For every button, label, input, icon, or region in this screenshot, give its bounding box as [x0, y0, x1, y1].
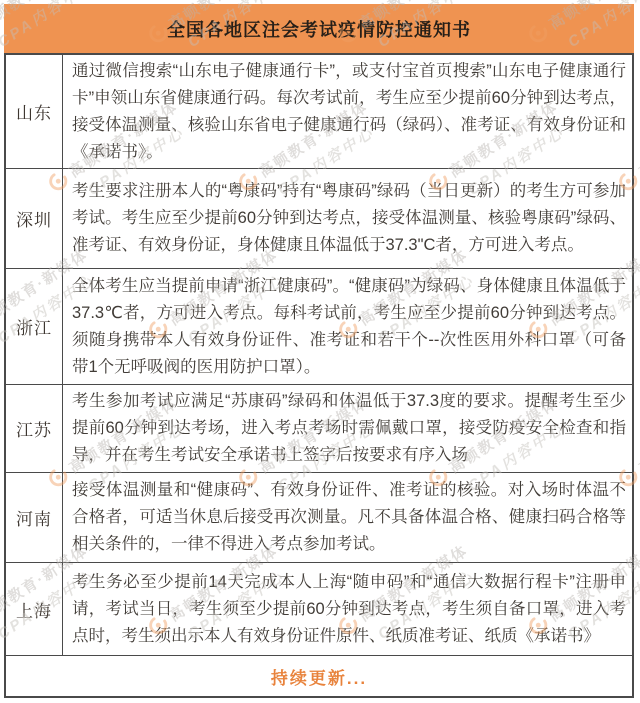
- region-label: 上海: [6, 563, 63, 655]
- regions-table: 山东 通过微信搜索“山东电子健康通行卡”，或支付宝首页搜索”山东电子健康通行卡”…: [4, 53, 634, 698]
- page-title: 全国各地区注会考试疫情防控通知书: [167, 16, 471, 42]
- region-requirements-cell: 接受体温测量和“健康码”、有效身份证件、准考证的核验。对入场时体温不合格者，可适…: [63, 473, 632, 562]
- region-requirements-cell: 全体考生应当提前申请“浙江健康码”。“健康码”为绿码、身体健康且体温低于37.3…: [63, 269, 632, 384]
- region-label: 河南: [6, 473, 63, 562]
- region-requirements-text: 考生务必至少提前14天完成本人上海“随申码”和“通信大数据行程卡”注册申请，考试…: [72, 569, 626, 650]
- table-row: 河南 接受体温测量和“健康码”、有效身份证件、准考证的核验。对入场时体温不合格者…: [6, 473, 632, 563]
- table-row: 上海 考生务必至少提前14天完成本人上海“随申码”和“通信大数据行程卡”注册申请…: [6, 563, 632, 656]
- region-requirements-text: 考生参加考试应满足“苏康码”绿码和体温低于37.3度的要求。提醒考生至少提前60…: [72, 388, 626, 469]
- watermark-brand-text: 高顿教育·新媒体: [635, 96, 640, 182]
- region-requirements-cell: 考生务必至少提前14天完成本人上海“随申码”和“通信大数据行程卡”注册申请，考试…: [63, 563, 632, 655]
- watermark-brand-text: 高顿教育·新媒体: [635, 392, 640, 478]
- region-requirements-text: 考生要求注册本人的“粤康码”持有“粤康码”绿码（当日更新）的考生方可参加考试。考…: [72, 178, 626, 259]
- region-label: 江苏: [6, 385, 63, 472]
- footer-row: 持续更新...: [6, 656, 632, 696]
- region-requirements-cell: 考生参加考试应满足“苏康码”绿码和体温低于37.3度的要求。提醒考生至少提前60…: [63, 385, 632, 472]
- table-row: 山东 通过微信搜索“山东电子健康通行卡”，或支付宝首页搜索”山东电子健康通行卡”…: [6, 55, 632, 169]
- table-row: 江苏 考生参加考试应满足“苏康码”绿码和体温低于37.3度的要求。提醒考生至少提…: [6, 385, 632, 473]
- region-requirements-text: 接受体温测量和“健康码”、有效身份证件、准考证的核验。对入场时体温不合格者，可适…: [72, 477, 626, 558]
- title-bar: 全国各地区注会考试疫情防控通知书: [4, 4, 634, 53]
- region-requirements-text: 通过微信搜索“山东电子健康通行卡”，或支付宝首页搜索”山东电子健康通行卡”申领山…: [72, 58, 626, 166]
- region-label: 深圳: [6, 169, 63, 268]
- region-requirements-cell: 通过微信搜索“山东电子健康通行卡”，或支付宝首页搜索”山东电子健康通行卡”申领山…: [63, 55, 632, 168]
- continuous-update-note: 持续更新...: [271, 664, 367, 689]
- table-row: 浙江 全体考生应当提前申请“浙江健康码”。“健康码”为绿码、身体健康且体温低于3…: [6, 269, 632, 385]
- region-label: 山东: [6, 55, 63, 168]
- table-row: 深圳 考生要求注册本人的“粤康码”持有“粤康码”绿码（当日更新）的考生方可参加考…: [6, 169, 632, 269]
- region-requirements-cell: 考生要求注册本人的“粤康码”持有“粤康码”绿码（当日更新）的考生方可参加考试。考…: [63, 169, 632, 268]
- region-requirements-text: 全体考生应当提前申请“浙江健康码”。“健康码”为绿码、身体健康且体温低于37.3…: [72, 273, 626, 381]
- notice-document: 全国各地区注会考试疫情防控通知书 山东 通过微信搜索“山东电子健康通行卡”，或支…: [0, 0, 640, 703]
- region-label: 浙江: [6, 269, 63, 384]
